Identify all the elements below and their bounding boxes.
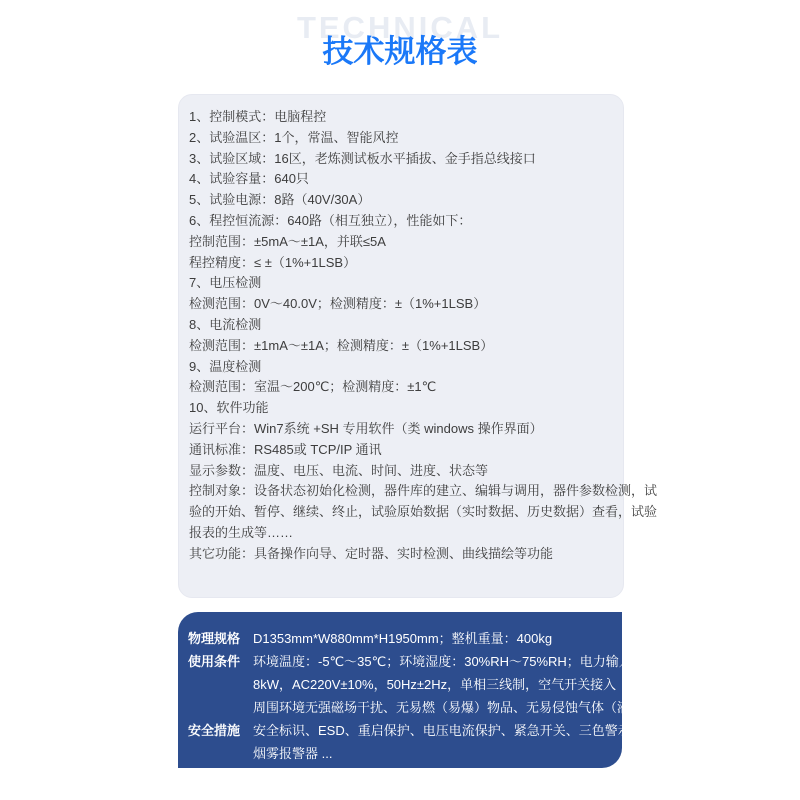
spec-line: 10、软件功能 [189, 398, 609, 419]
info-row-value: D1353mm*W880mm*H1950mm；整机重量：400kg [253, 627, 612, 650]
spec-line: 运行平台：Win7系统 +SH 专用软件（类 windows 操作界面） [189, 419, 609, 440]
spec-list: 1、控制模式：电脑程控2、试验温区：1个，常温、智能风控3、试验区域：16区，老… [189, 107, 609, 565]
info-row-value: 安全标识、ESD、重启保护、电压电流保护、紧急开关、三色警示灯、烟雾报警器 ..… [253, 719, 657, 765]
spec-line: 3、试验区域：16区，老炼测试板水平插拔、金手指总线接口 [189, 149, 609, 170]
info-row-value: 环境温度：-5℃～35℃；环境湿度：30%RH～75%RH；电力输入：8kW，A… [253, 650, 656, 719]
info-row-label: 物理规格 [188, 627, 253, 650]
info-row: 使用条件环境温度：-5℃～35℃；环境湿度：30%RH～75%RH；电力输入：8… [188, 650, 612, 719]
spec-line: 1、控制模式：电脑程控 [189, 107, 609, 128]
spec-line: 8、电流检测 [189, 315, 609, 336]
spec-line: 显示参数：温度、电压、电流、时间、进度、状态等 [189, 461, 609, 482]
spec-line: 其它功能：具备操作向导、定时器、实时检测、曲线描绘等功能 [189, 544, 609, 565]
info-line: 周围环境无强磁场干扰、无易燃（易爆）物品、无易侵蚀气体（液体） [253, 696, 656, 719]
info-line: D1353mm*W880mm*H1950mm；整机重量：400kg [253, 627, 612, 650]
info-panel: 物理规格D1353mm*W880mm*H1950mm；整机重量：400kg使用条… [178, 612, 622, 768]
info-row-label: 使用条件 [188, 650, 253, 719]
spec-line: 2、试验温区：1个，常温、智能风控 [189, 128, 609, 149]
spec-card: 1、控制模式：电脑程控2、试验温区：1个，常温、智能风控3、试验区域：16区，老… [178, 94, 624, 598]
spec-line: 检测范围：室温～200℃；检测精度：±1℃ [189, 377, 609, 398]
spec-line: 验的开始、暂停、继续、终止，试验原始数据（实时数据、历史数据）查看，试验 [189, 502, 609, 523]
spec-line: 4、试验容量：640只 [189, 169, 609, 190]
info-row-label: 安全措施 [188, 719, 253, 765]
info-line: 8kW，AC220V±10%，50Hz±2Hz，单相三线制，空气开关接入 [253, 673, 656, 696]
spec-line: 检测范围：±1mA～±1A；检测精度：±（1%+1LSB） [189, 336, 609, 357]
info-line: 安全标识、ESD、重启保护、电压电流保护、紧急开关、三色警示灯、 [253, 719, 657, 742]
spec-line: 控制对象：设备状态初始化检测，器件库的建立、编辑与调用，器件参数检测，试 [189, 481, 609, 502]
spec-line: 5、试验电源：8路（40V/30A） [189, 190, 609, 211]
spec-line: 程控精度：≤ ±（1%+1LSB） [189, 253, 609, 274]
header: TECHNICAL 技术规格表 [0, 0, 800, 92]
spec-line: 控制范围：±5mA～±1A，并联≤5A [189, 232, 609, 253]
spec-line: 7、电压检测 [189, 273, 609, 294]
info-rows: 物理规格D1353mm*W880mm*H1950mm；整机重量：400kg使用条… [188, 627, 612, 765]
info-line: 环境温度：-5℃～35℃；环境湿度：30%RH～75%RH；电力输入： [253, 650, 656, 673]
info-row: 安全措施安全标识、ESD、重启保护、电压电流保护、紧急开关、三色警示灯、烟雾报警… [188, 719, 612, 765]
spec-line: 检测范围：0V～40.0V；检测精度：±（1%+1LSB） [189, 294, 609, 315]
spec-line: 9、温度检测 [189, 357, 609, 378]
spec-line: 通讯标准：RS485或 TCP/IP 通讯 [189, 440, 609, 461]
info-row: 物理规格D1353mm*W880mm*H1950mm；整机重量：400kg [188, 627, 612, 650]
info-line: 烟雾报警器 ... [253, 742, 657, 765]
spec-sheet-page: TECHNICAL 技术规格表 1、控制模式：电脑程控2、试验温区：1个，常温、… [0, 0, 800, 800]
page-title: 技术规格表 [0, 26, 800, 71]
spec-line: 6、程控恒流源：640路（相互独立），性能如下： [189, 211, 609, 232]
spec-line: 报表的生成等…… [189, 523, 609, 544]
